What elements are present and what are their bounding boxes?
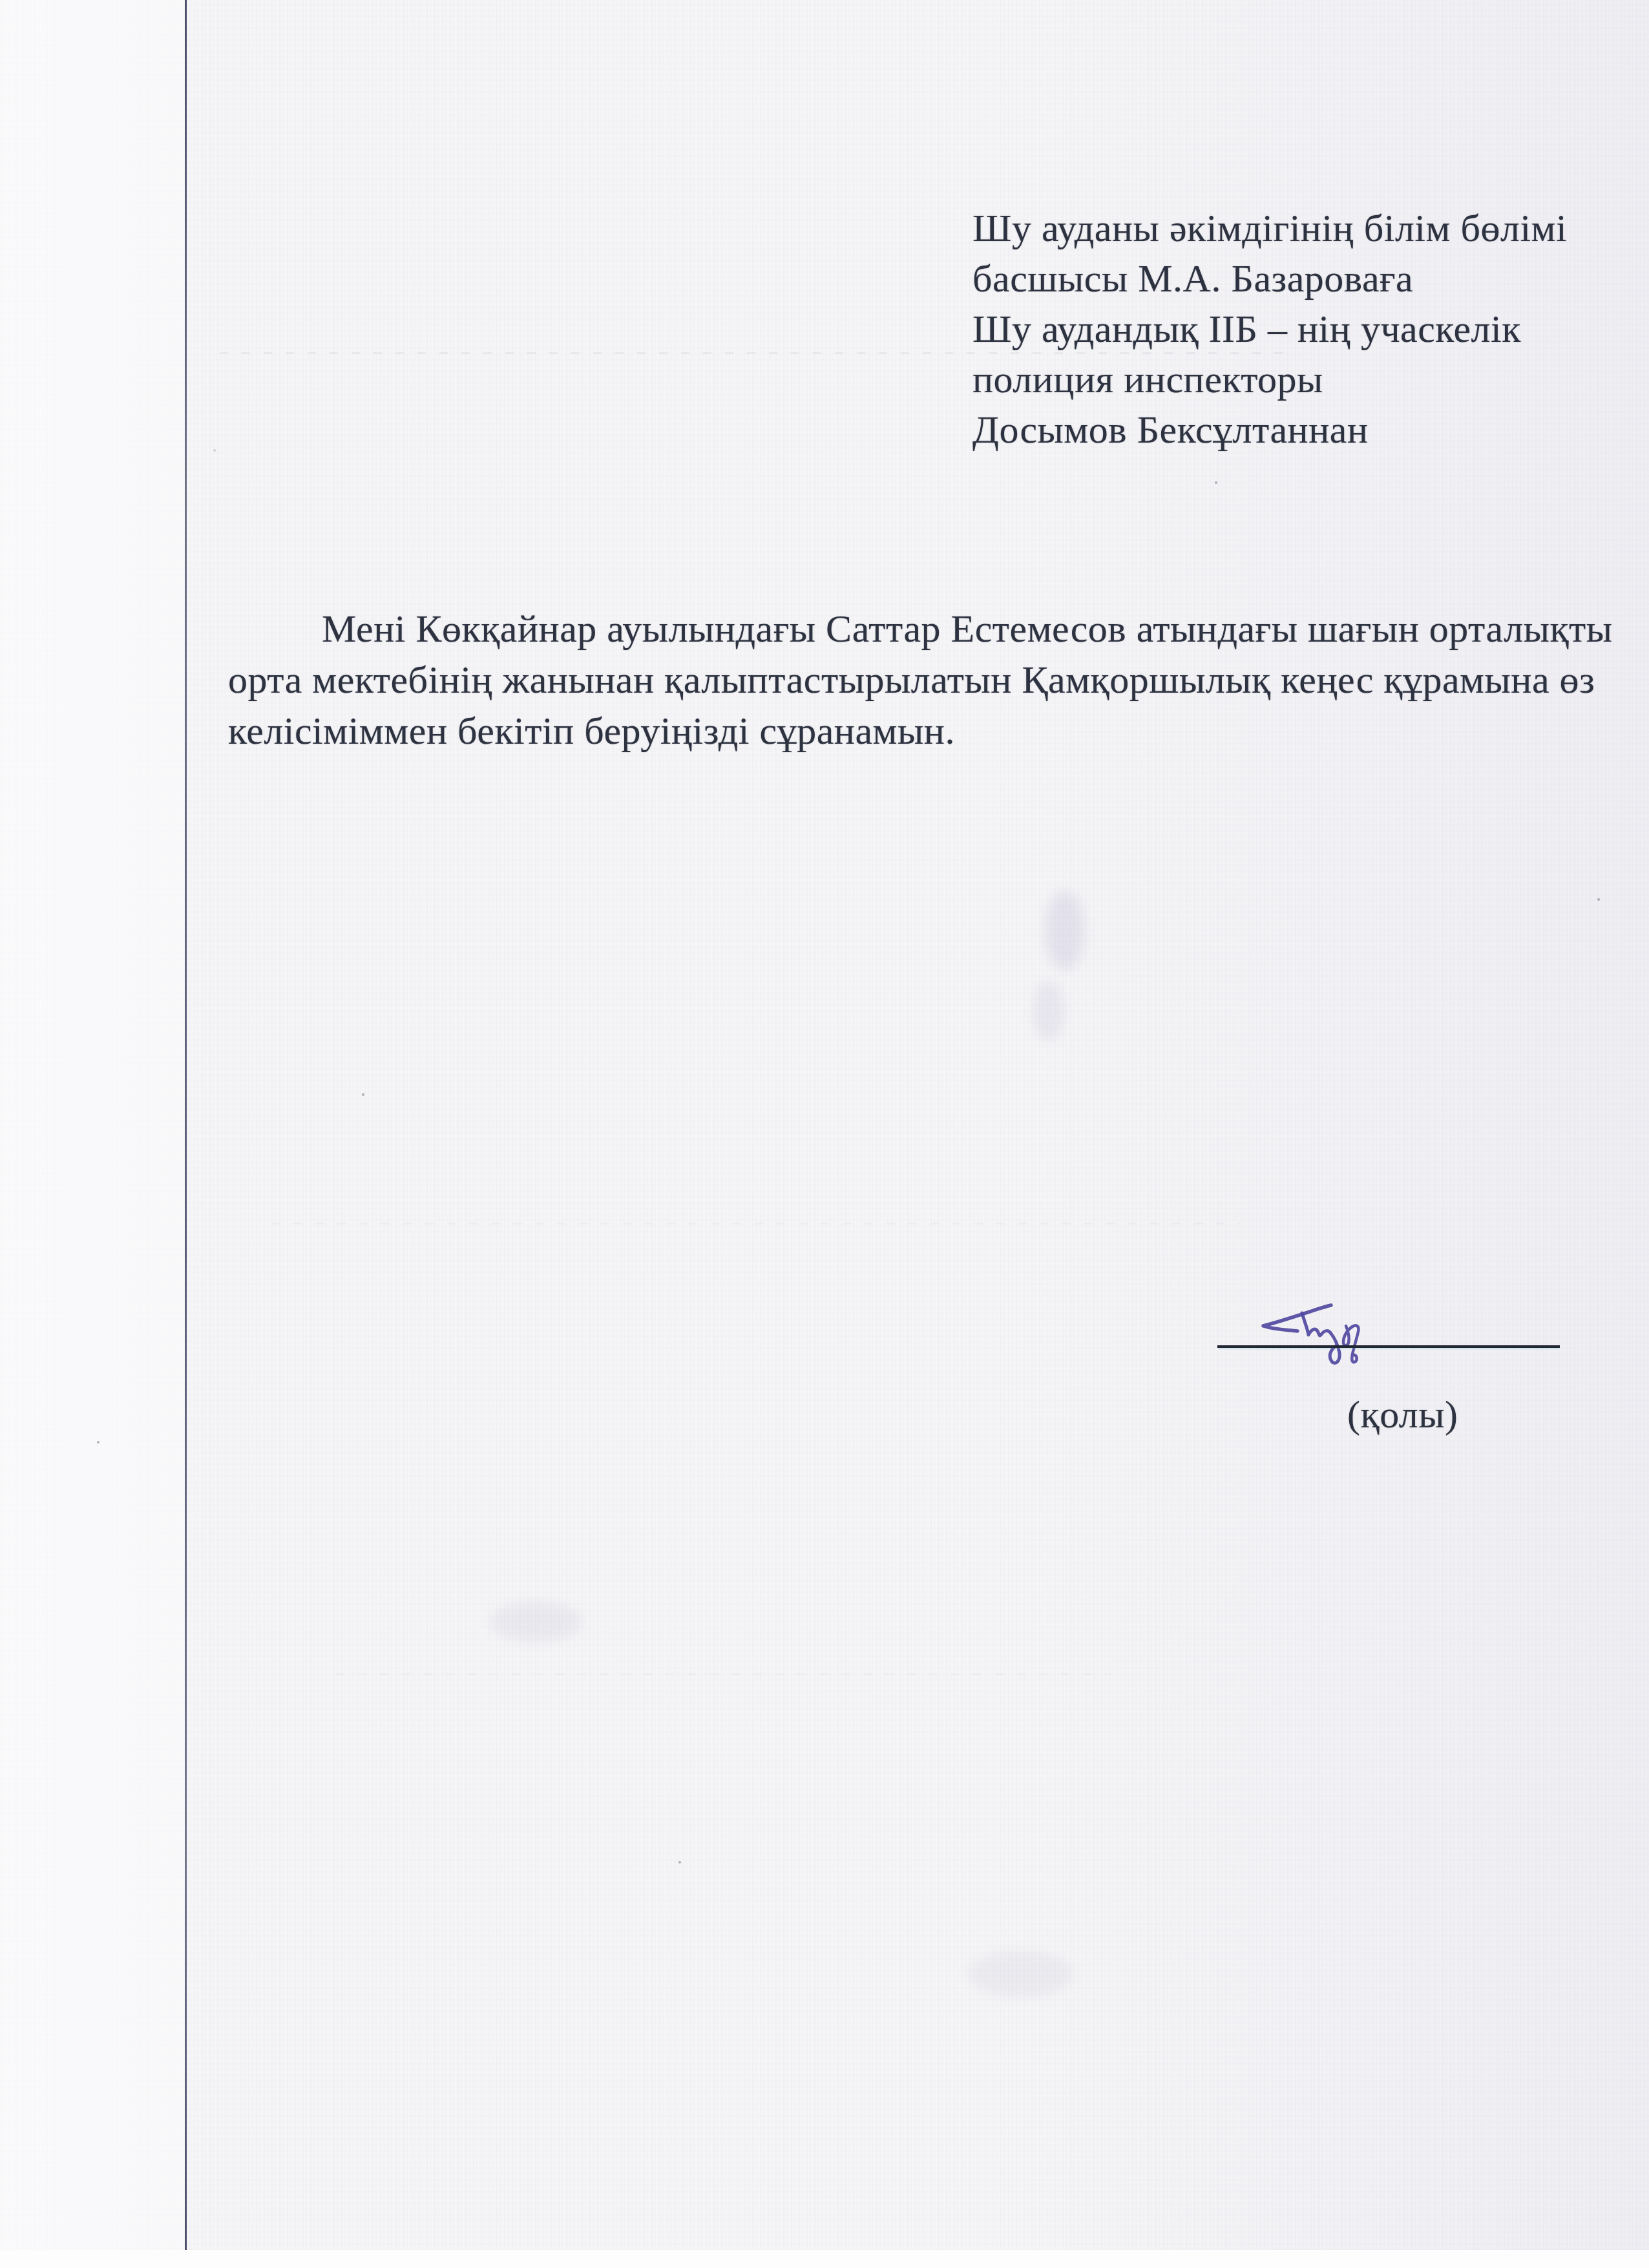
body-line: келісіміммен бекітіп беруіңізді сұранамы… (228, 706, 1613, 757)
recipient-line: полиция инспекторы (972, 354, 1567, 404)
scan-smudge (1034, 982, 1064, 1040)
signature-stroke (1263, 1305, 1331, 1331)
body-paragraph: Мені Көкқайнар ауылындағы Саттар Естемес… (228, 604, 1613, 757)
recipient-line: Шу аудандық ІІБ – нің учаскелік (972, 304, 1567, 354)
handwritten-signature (1257, 1297, 1363, 1401)
signature-stroke (1302, 1313, 1339, 1363)
signature-stroke (1343, 1325, 1359, 1362)
scan-fold-line (185, 0, 187, 2250)
body-line: Мені Көкқайнар ауылындағы Саттар Естемес… (228, 604, 1613, 655)
signature-caption-label: (қолы) (1347, 1389, 1458, 1440)
scan-smudge (969, 1951, 1073, 1997)
recipient-line: басшысы М.А. Базароваға (972, 253, 1567, 304)
scanner-edge-strip (0, 2250, 1649, 2268)
scanned-letter-page: Шу ауданы әкімдігінің білім бөлімі басшы… (0, 0, 1649, 2268)
bleed-streak (220, 352, 1292, 354)
scan-speck (362, 1093, 364, 1096)
scan-smudge (1045, 892, 1084, 969)
recipient-line: Шу ауданы әкімдігінің білім бөлімі (972, 203, 1567, 253)
bleed-streak (336, 1674, 1111, 1675)
scan-speck (213, 449, 216, 452)
scan-speck (97, 1441, 100, 1444)
signature-rule-line (1217, 1345, 1560, 1348)
bleed-streak (271, 1223, 1241, 1224)
scan-speck (1597, 898, 1600, 901)
scan-smudge (491, 1602, 582, 1641)
scan-left-margin (0, 0, 185, 2250)
body-line: орта мектебінің жанынан қалыптастырылаты… (228, 655, 1613, 706)
recipient-block: Шу ауданы әкімдігінің білім бөлімі басшы… (972, 203, 1567, 455)
scan-speck (1215, 481, 1217, 484)
scan-speck (678, 1861, 681, 1864)
recipient-line: Досымов Бексұлтаннан (972, 404, 1567, 455)
